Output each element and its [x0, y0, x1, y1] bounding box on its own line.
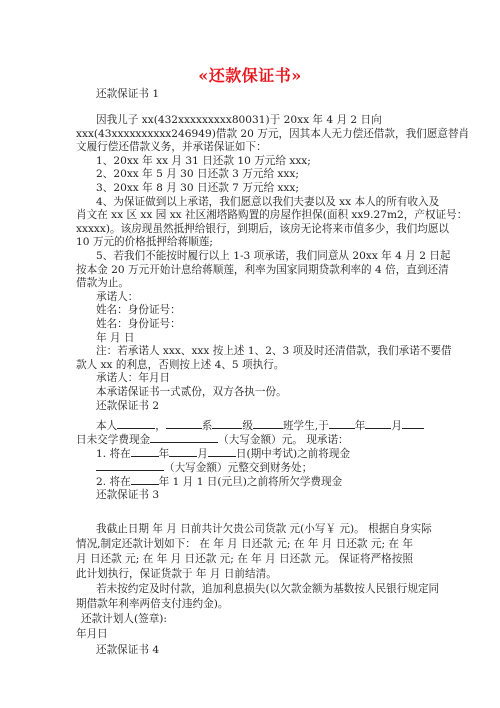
document-line: xxxxx)。该房现虽然抵押给银行，到期后，该房无论将来市值多少，我们均愿以 [76, 222, 436, 236]
document-line: 5、若我们不能按时履行以上 1-3 项承诺，我们同意从 20xx 年 4 月 2… [96, 249, 456, 263]
blank-field[interactable] [365, 418, 391, 429]
document-line: 3、20xx 年 8 月 30 日还款 7 万元给 xxx; [96, 181, 456, 195]
text-segment: （大写金额）元。 现承诺： [218, 434, 349, 446]
document-line: 年月日 [76, 627, 436, 641]
document-line: 还款计划人(签章): [81, 612, 441, 626]
section-heading-3: 还款保证书 3 [96, 488, 456, 502]
document-line: 若未按约定及时付款，追加利息损失(以欠款金额为基数按人民银行规定同 [96, 582, 456, 596]
document-line: 此计划执行，保证货款于 年 月 日前结清。 [76, 567, 436, 581]
blank-field[interactable] [117, 418, 155, 429]
blank-field[interactable] [253, 418, 283, 429]
blank-field[interactable] [169, 446, 197, 457]
text-segment: 班学生,于 [283, 420, 329, 432]
text-segment: 级 [242, 420, 253, 432]
document-line: 因我儿子 xx(432xxxxxxxxx80031)于 20xx 年 4 月 2… [96, 113, 456, 127]
document-line: 承诺人：年月日 [96, 371, 456, 385]
document-line: xxx(43xxxxxxxxxx246949)借款 20 万元，因其本人无力偿还… [76, 127, 436, 141]
blank-field[interactable] [212, 418, 242, 429]
document-page: «还款保证书» 还款保证书 1因我儿子 xx(432xxxxxxxxx80031… [0, 0, 500, 708]
text-segment: 2. 将在 [96, 476, 131, 488]
document-line: 按本金 20 万元开始计息给蒋顺莲，利率为国家同期贷款利率的 4 倍，直到还清 [76, 263, 436, 277]
document-line: 文履行偿还借款义务，并承诺保证如下： [76, 140, 436, 154]
blank-field[interactable] [150, 432, 218, 443]
text-segment: 月 [391, 420, 402, 432]
blank-field[interactable] [131, 446, 159, 457]
text-segment: 本人 [96, 420, 117, 432]
section2-line-3: 1. 将在年月日(期中考试)之前将现金 [96, 446, 456, 461]
document-line: 还款保证书 2 [96, 399, 456, 413]
text-segment: （大写金额）元整交到财务处； [164, 462, 312, 474]
section2-line-1: 本人，系级班学生,于年月 [96, 418, 456, 433]
document-line: 姓名：身份证号： [96, 303, 456, 317]
document-line: 10 万元的价格抵押给蒋顺莲; [76, 235, 436, 249]
blank-field[interactable] [402, 418, 424, 429]
document-line: 姓名：身份证号： [96, 317, 456, 331]
section2-line-5: 2. 将在年 1 月 1 日(元旦)之前将所欠学费现金 [96, 474, 456, 489]
blank-field[interactable] [166, 418, 202, 429]
document-line: 我截止日期 年 月 日前共计欠贵公司货款 元(小写￥ 元)。 根据自身实际 [96, 522, 456, 536]
document-line: 1、20xx 年 xx 月 31 日还款 10 万元给 xxx; [96, 154, 456, 168]
text-segment: 系 [202, 420, 213, 432]
text-segment: 日(期中考试)之前将现金 [236, 448, 350, 460]
text-segment: 月 [197, 448, 208, 460]
blank-field[interactable] [329, 418, 355, 429]
document-line: 肖文在 xx 区 xx 园 xx 社区湘塔路购置的房屋作担保(面积 xx9.27… [76, 208, 436, 222]
blank-field[interactable] [208, 446, 236, 457]
text-segment: 日未交学费现金 [76, 434, 150, 446]
document-line: 2、20xx 年 5 月 30 日还款 3 万元给 xxx; [96, 167, 456, 181]
document-line: 情况,制定还款计划如下： 在 年 月 日还款 元; 在 年 月 日还款 元; 在… [76, 537, 436, 551]
text-segment: ， [155, 420, 166, 432]
text-segment: 年 1 月 1 日(元旦)之前将所欠学费现金 [159, 476, 343, 488]
document-line: 注：若承诺人 xxx、xxx 按上述 1、2、3 项及时还清借款，我们承诺不要借 [96, 344, 456, 358]
document-line: 还款保证书 4 [96, 643, 456, 657]
document-title: «还款保证书» [0, 63, 500, 86]
document-line: 借款为止。 [76, 276, 436, 290]
section2-line-4: （大写金额）元整交到财务处； [96, 460, 456, 475]
blank-field[interactable] [131, 474, 159, 485]
document-line: 还款保证书 1 [96, 87, 456, 101]
document-line: 年 月 日 [96, 331, 456, 345]
document-line: 承诺人： [96, 290, 456, 304]
document-line: 期借款年利率两倍支付违约金)。 [76, 597, 436, 611]
text-segment: 1. 将在 [96, 448, 131, 460]
document-line: 款人 xx 的利息，否则按上述 4、5 项执行。 [76, 358, 436, 372]
blank-field[interactable] [96, 460, 164, 471]
document-line: 本承诺保证书一式贰份，双方各执一份。 [96, 385, 456, 399]
document-line: 4、为保证做到以上承诺，我们愿意以我们夫妻以及 xx 本人的所有收入及 [96, 195, 456, 209]
document-line: 月 日还款 元; 在 年 月 日还款 元; 在 年 月 日还款 元。 保证将严格… [76, 552, 436, 566]
text-segment: 年 [159, 448, 170, 460]
section2-line-2: 日未交学费现金（大写金额）元。 现承诺： [76, 432, 436, 447]
text-segment: 年 [355, 420, 366, 432]
